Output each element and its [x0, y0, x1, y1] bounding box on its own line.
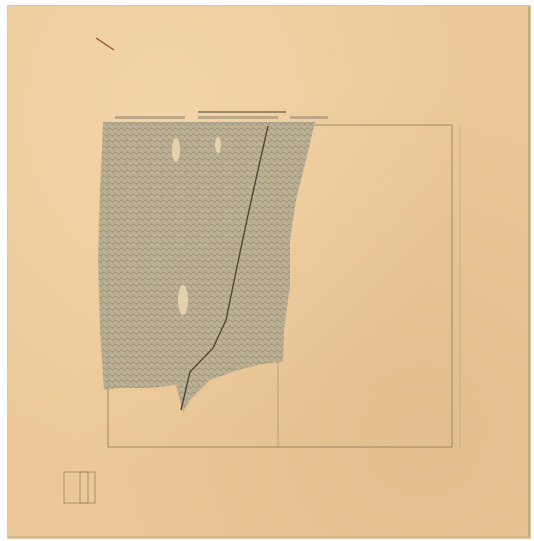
mapped-terrain	[98, 122, 315, 412]
map-drawing	[0, 0, 534, 541]
index-diagram	[64, 472, 88, 503]
